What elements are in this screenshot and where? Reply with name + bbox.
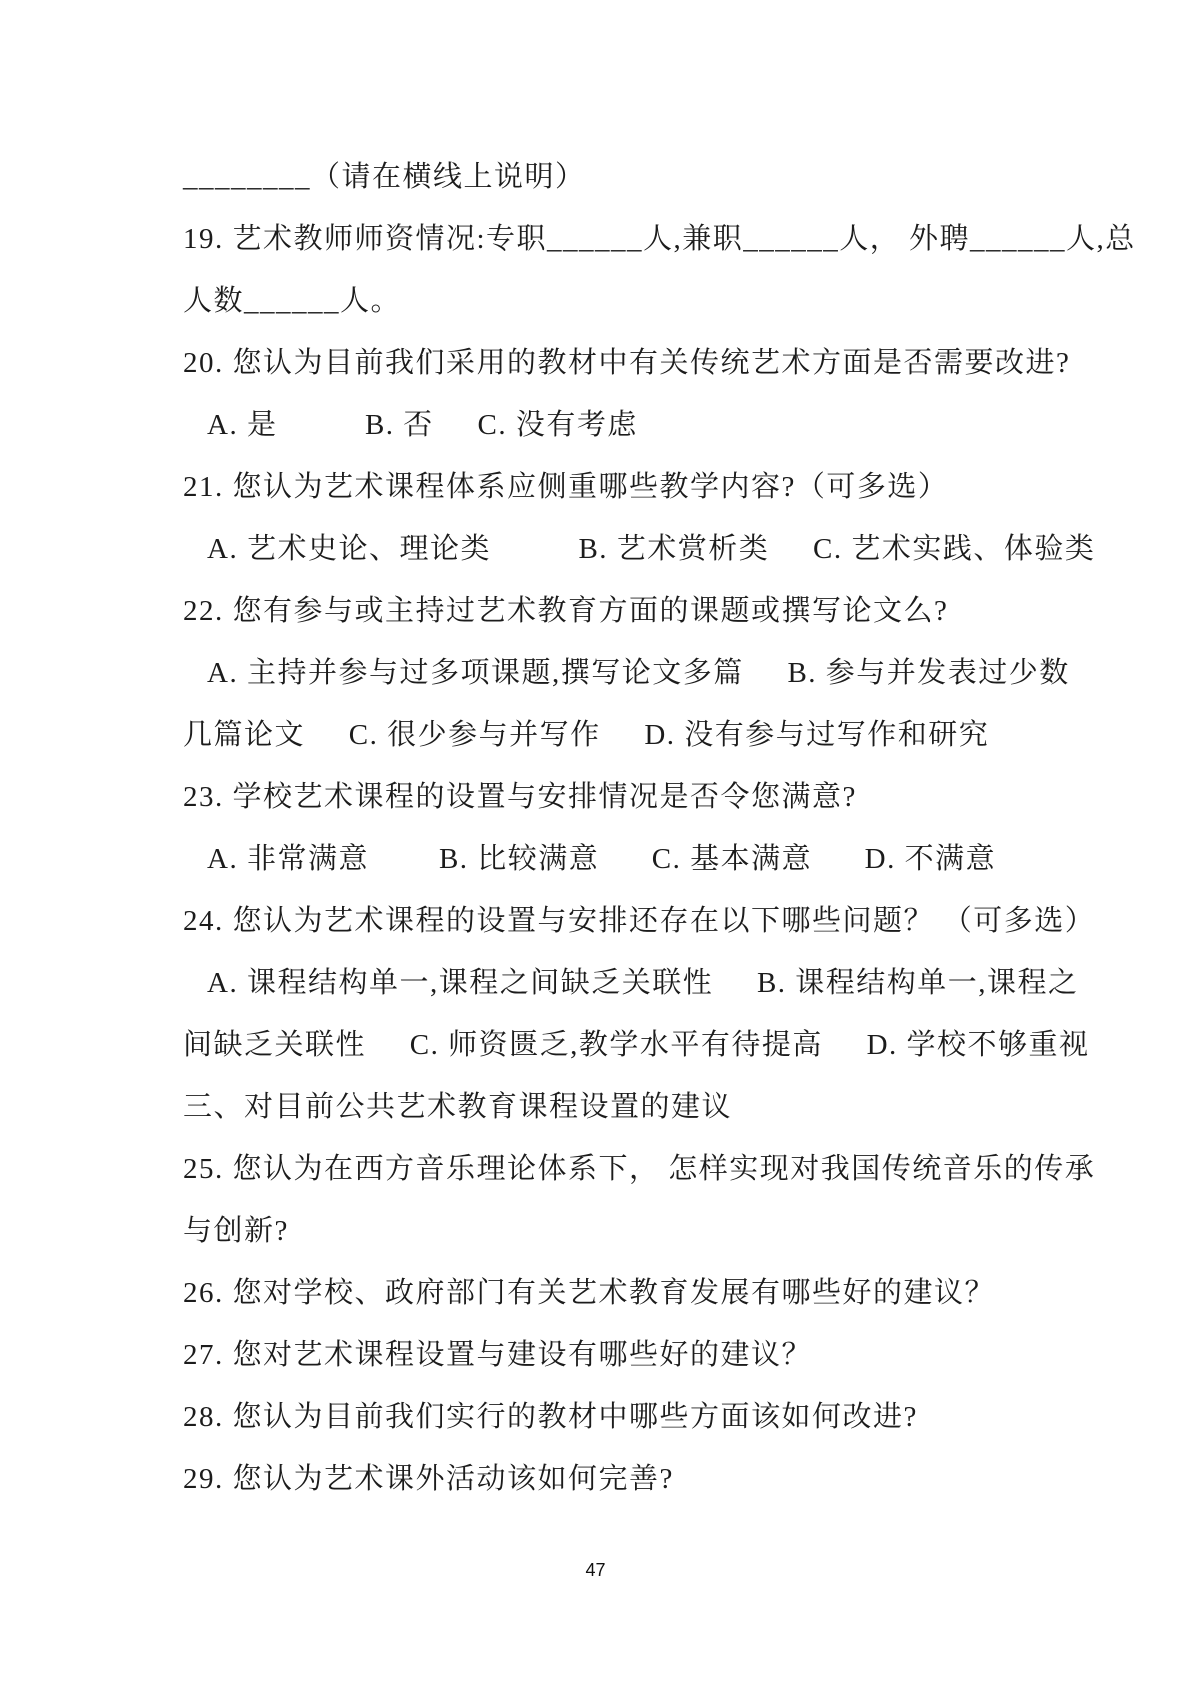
- question-22-line: 22. 您有参与或主持过艺术教育方面的课题或撰写论文么?: [183, 580, 1023, 642]
- question-20-options-line: A. 是 B. 否 C. 没有考虑: [183, 394, 1023, 456]
- question-19-line: 19. 艺术教师师资情况:专职______人,兼职______人， 外聘____…: [183, 208, 1023, 270]
- question-25-line: 25. 您认为在西方音乐理论体系下， 怎样实现对我国传统音乐的传承: [183, 1138, 1023, 1200]
- question-22-options-line: A. 主持并参与过多项课题,撰写论文多篇 B. 参与并发表过少数: [183, 642, 1023, 704]
- question-23-line: 23. 学校艺术课程的设置与安排情况是否令您满意?: [183, 766, 1023, 828]
- fill-in-blank-line: ________（请在横线上说明）: [183, 146, 1023, 208]
- page-number: 47: [0, 1558, 1191, 1582]
- question-20-line: 20. 您认为目前我们采用的教材中有关传统艺术方面是否需要改进?: [183, 332, 1023, 394]
- question-28-line: 28. 您认为目前我们实行的教材中哪些方面该如何改进?: [183, 1386, 1023, 1448]
- question-27-line: 27. 您对艺术课程设置与建设有哪些好的建议？: [183, 1324, 1023, 1386]
- question-19-continuation-line: 人数______人。: [183, 270, 1023, 332]
- section-three-heading: 三、对目前公共艺术教育课程设置的建议: [183, 1076, 1023, 1138]
- question-24-options-continuation-line: 间缺乏关联性 C. 师资匮乏,教学水平有待提高 D. 学校不够重视: [183, 1014, 1023, 1076]
- document-page: ________（请在横线上说明） 19. 艺术教师师资情况:专职______人…: [0, 0, 1191, 1684]
- question-24-options-line: A. 课程结构单一,课程之间缺乏关联性 B. 课程结构单一,课程之: [183, 952, 1023, 1014]
- question-25-continuation-line: 与创新?: [183, 1200, 1023, 1262]
- question-22-options-continuation-line: 几篇论文 C. 很少参与并写作 D. 没有参与过写作和研究: [183, 704, 1023, 766]
- question-21-line: 21. 您认为艺术课程体系应侧重哪些教学内容?（可多选）: [183, 456, 1023, 518]
- question-21-options-line: A. 艺术史论、理论类 B. 艺术赏析类 C. 艺术实践、体验类: [183, 518, 1023, 580]
- question-23-options-line: A. 非常满意 B. 比较满意 C. 基本满意 D. 不满意: [183, 828, 1023, 890]
- question-26-line: 26. 您对学校、政府部门有关艺术教育发展有哪些好的建议？: [183, 1262, 1023, 1324]
- document-body: ________（请在横线上说明） 19. 艺术教师师资情况:专职______人…: [183, 146, 1023, 1510]
- question-24-line: 24. 您认为艺术课程的设置与安排还存在以下哪些问题？ （可多选）: [183, 890, 1023, 952]
- question-29-line: 29. 您认为艺术课外活动该如何完善?: [183, 1448, 1023, 1510]
